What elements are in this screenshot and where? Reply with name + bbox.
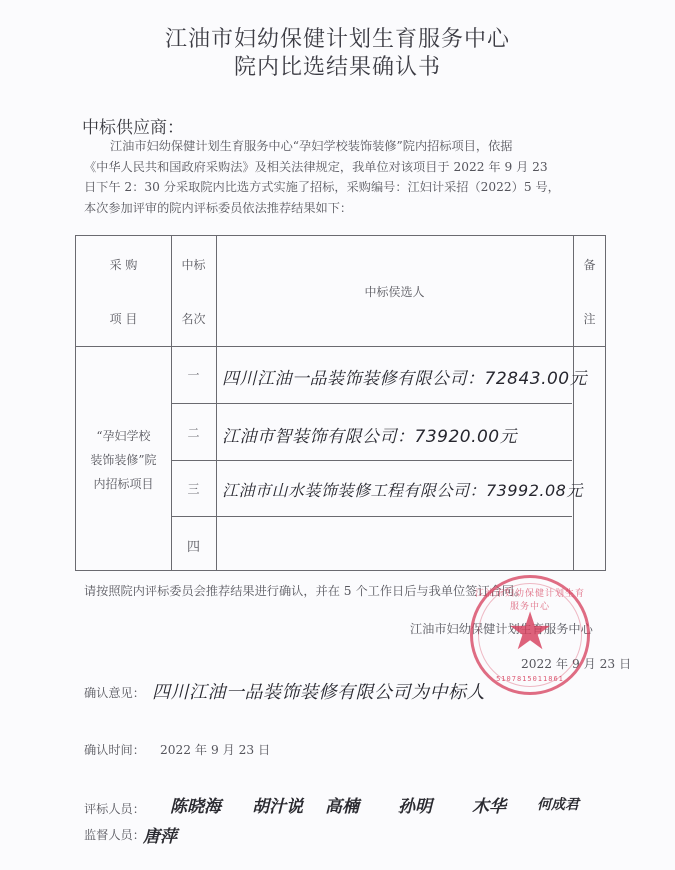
table-divider [171, 403, 572, 404]
candidate-cell: 江油市智装饰有限公司：73920.00元 [222, 422, 517, 447]
rank-cell: 二 [171, 424, 216, 441]
time-label: 确认时间： [84, 741, 145, 758]
document-title-line2: 院内比选结果确认书 [0, 54, 675, 82]
opinion-value: 四川江油一品装饰装修有限公司为中标人 [152, 678, 485, 704]
intro-paragraph: 江油市妇幼保健计划生育服务中心“孕妇学校装饰装修”院内招标项目，依据 《中华人民… [84, 136, 604, 218]
official-seal: 江油市妇幼保健计划生育服务中心 ★ 5107815011861 [470, 575, 590, 695]
results-table: 采 购 项 目 中标 名次 中标侯选人 备 注 “孕妇学校 装饰装修”院 内招标… [75, 235, 606, 571]
judge-signature: 高楠 [325, 792, 359, 817]
judge-signature: 木华 [472, 792, 506, 817]
intro-line: 江油市妇幼保健计划生育服务中心“孕妇学校装饰装修”院内招标项目，依据 [84, 136, 604, 157]
judge-signature: 陈晓海 [170, 792, 221, 817]
intro-line: 本次参加评审的院内评标委员依法推荐结果如下： [84, 198, 604, 219]
supervisor-signature: 唐萍 [143, 822, 177, 847]
header-rank-line1: 中标 [171, 256, 216, 273]
intro-line: 日下午 2：30 分采取院内比选方式实施了招标，采购编号：江妇计采招（2022）… [84, 177, 604, 198]
star-icon: ★ [473, 606, 587, 658]
rank-cell: 三 [171, 480, 216, 497]
candidate-cell: 四川江油一品装饰装修有限公司：72843.00元 [222, 364, 587, 389]
table-divider [171, 516, 572, 517]
time-value: 2022 年 9 月 23 日 [160, 741, 270, 758]
project-name-line: “孕妇学校 [76, 424, 171, 448]
supervisor-label: 监督人员： [84, 826, 145, 843]
intro-line: 《中华人民共和国政府采购法》及相关法律规定，我单位对该项目于 2022 年 9 … [84, 157, 604, 178]
judge-signature: 胡汁说 [252, 792, 303, 817]
opinion-label: 确认意见： [84, 684, 145, 701]
header-project-line1: 采 购 [76, 256, 171, 273]
confirm-note: 请按照院内评标委员会推荐结果进行确认，并在 5 个工作日后与我单位签订合同。 [84, 582, 526, 599]
header-remark-line1: 备 [573, 256, 606, 273]
judges-label: 评标人员： [84, 800, 145, 817]
judge-signature: 何成君 [537, 794, 579, 814]
header-rank-line2: 名次 [171, 310, 216, 327]
rank-cell: 一 [171, 366, 216, 383]
document-title-line1: 江油市妇幼保健计划生育服务中心 [0, 26, 675, 54]
table-divider [171, 460, 572, 461]
table-divider [573, 236, 574, 570]
supplier-label: 中标供应商： [82, 113, 184, 138]
seal-code: 5107815011861 [473, 675, 587, 683]
project-name-cell: “孕妇学校 装饰装修”院 内招标项目 [76, 424, 171, 496]
header-candidate: 中标侯选人 [216, 283, 573, 300]
judge-signature: 孙明 [398, 792, 432, 817]
candidate-cell: 江油市山水装饰装修工程有限公司：73992.08元 [222, 478, 583, 501]
project-name-line: 内招标项目 [76, 472, 171, 496]
header-remark-line2: 注 [573, 310, 606, 327]
header-project-line2: 项 目 [76, 310, 171, 327]
table-divider [76, 346, 605, 347]
rank-cell: 四 [171, 536, 216, 555]
project-name-line: 装饰装修”院 [76, 448, 171, 472]
